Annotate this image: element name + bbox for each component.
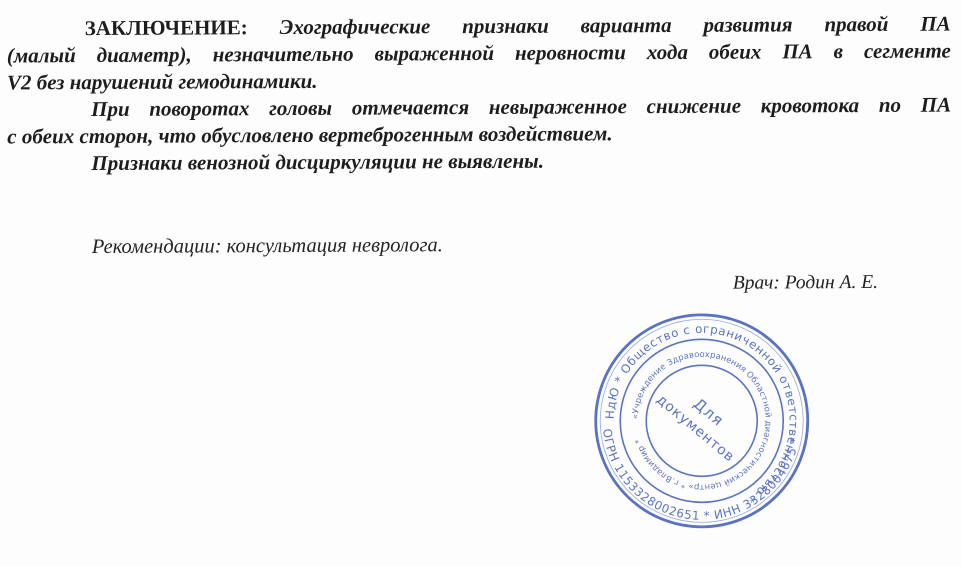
- stamp-inner-ring-text: «Учреждение Здравоохранения Областной ди…: [629, 348, 774, 493]
- stamp-center-circle: [646, 365, 758, 477]
- org-stamp: НдЮ * Общество с ограниченной ответствен…: [591, 310, 812, 531]
- conclusion-line-2: (малый диаметр), незначительно выраженно…: [7, 38, 951, 70]
- conclusion-label: ЗАКЛЮЧЕНИЕ:: [85, 15, 248, 40]
- stamp-center-text: Для документов: [653, 375, 751, 466]
- scanned-report-page: ЗАКЛЮЧЕНИЕ: Эхографические признаки вари…: [0, 0, 962, 567]
- paragraph3-line: Признаки венозной дисциркуляции не выявл…: [7, 146, 951, 178]
- recommendations-line: Рекомендации: консультация невролога.: [8, 230, 952, 262]
- paragraph2-line-1: При поворотах головы отмечается невыраже…: [7, 92, 951, 124]
- report-body: ЗАКЛЮЧЕНИЕ: Эхографические признаки вари…: [7, 11, 952, 301]
- stamp-middle-circle: [620, 339, 784, 503]
- conclusion-line-1-text: Эхографические признаки варианта развити…: [280, 12, 951, 40]
- stamp-outer-circle: [595, 314, 808, 527]
- org-stamp-graphic: НдЮ * Общество с ограниченной ответствен…: [591, 310, 812, 531]
- doctor-signature-line: Врач: Родин А. Е.: [8, 270, 952, 301]
